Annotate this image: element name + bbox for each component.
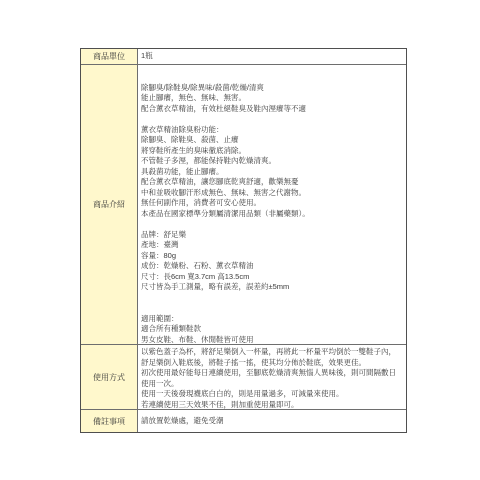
row-value-product-unit: 1瓶 <box>138 49 406 64</box>
row-value-product-introduction: 除腳臭/除鞋臭/除異味/殺菌/乾燥/清爽 能止腳癢，無色、無味、無害。 配合薰衣… <box>138 65 406 344</box>
table-row-product-unit: 商品單位 1瓶 <box>81 49 406 65</box>
product-spec-table: 商品單位 1瓶 商品介紹 除腳臭/除鞋臭/除異味/殺菌/乾燥/清爽 能止腳癢，無… <box>80 48 407 433</box>
row-label-usage-instructions: 使用方式 <box>81 345 138 409</box>
row-label-remarks: 備註事項 <box>81 410 138 432</box>
table-row-usage-instructions: 使用方式 以紫色蓋子為杯，將舒足樂倒入一杯量，再將此一杯量平均倒於一雙鞋子內， … <box>81 345 406 410</box>
row-value-usage-instructions: 以紫色蓋子為杯，將舒足樂倒入一杯量，再將此一杯量平均倒於一雙鞋子內， 舒足樂倒入… <box>138 345 406 409</box>
table-row-product-introduction: 商品介紹 除腳臭/除鞋臭/除異味/殺菌/乾燥/清爽 能止腳癢，無色、無味、無害。… <box>81 65 406 345</box>
product-info-page: 商品單位 1瓶 商品介紹 除腳臭/除鞋臭/除異味/殺菌/乾燥/清爽 能止腳癢，無… <box>0 0 480 480</box>
table-row-remarks: 備註事項 請放置乾燥處，避免受潮 <box>81 410 406 432</box>
row-label-product-unit: 商品單位 <box>81 49 138 64</box>
row-value-remarks: 請放置乾燥處，避免受潮 <box>138 410 406 432</box>
row-label-product-introduction: 商品介紹 <box>81 65 138 344</box>
